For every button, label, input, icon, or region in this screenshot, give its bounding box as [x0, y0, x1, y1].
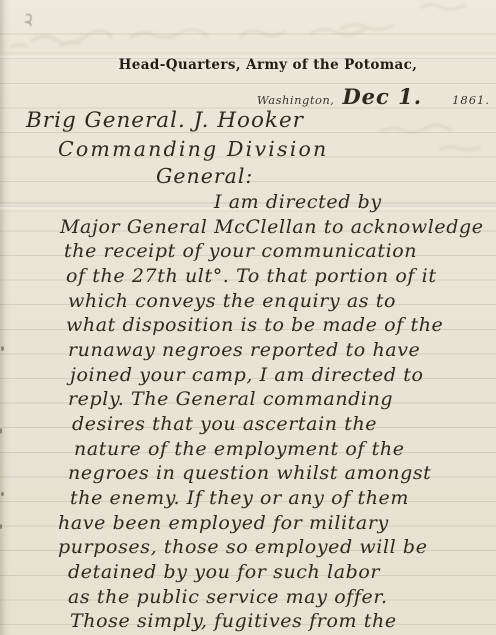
handwritten-line: detained by you for such labor	[56, 560, 494, 585]
ink-speck	[0, 428, 2, 434]
ink-speck	[1, 492, 4, 496]
handwritten-line: as the public service may offer.	[56, 585, 494, 610]
dateline: Washington, Dec 1. 1861.	[257, 84, 490, 109]
handwritten-line: the enemy. If they or any of them	[56, 486, 494, 511]
letterhead-place: Washington,	[257, 93, 335, 107]
recipient-line: Brig General. J. Hooker	[26, 108, 304, 133]
paper-left-edge	[0, 0, 10, 635]
handwritten-line: what disposition is to be made of the	[56, 313, 494, 338]
stray-ink-mark	[18, 12, 38, 30]
handwritten-line: negroes in question whilst amongst	[56, 461, 494, 486]
ink-speck	[1, 346, 4, 351]
letter-body: I am directed by Major General McClellan…	[56, 190, 494, 634]
letter-page: Head-Quarters, Army of the Potomac, Wash…	[0, 0, 496, 635]
salutation: General:	[156, 164, 253, 188]
handwritten-line: joined your camp, I am directed to	[56, 363, 494, 388]
handwritten-line: reply. The General commanding	[56, 387, 494, 412]
recipient-unit-line: Commanding Division	[58, 137, 328, 161]
handwritten-line: have been employed for military	[56, 511, 494, 536]
handwritten-line: runaway negroes reported to have	[56, 338, 494, 363]
handwritten-line: purposes, those so employed will be	[56, 535, 494, 560]
handwritten-line: Major General McClellan to acknowledge	[56, 215, 494, 240]
handwritten-line: the receipt of your communication	[56, 239, 494, 264]
letterhead-title: Head-Quarters, Army of the Potomac,	[20, 57, 496, 73]
handwritten-line: nature of the employment of the	[56, 437, 494, 462]
letterhead-year: 1861.	[452, 93, 490, 107]
handwritten-date: Dec 1.	[342, 84, 422, 109]
handwritten-line: I am directed by	[56, 190, 494, 215]
handwritten-line: Those simply, fugitives from the	[56, 609, 494, 634]
handwritten-line: desires that you ascertain the	[56, 412, 494, 437]
ink-speck	[0, 524, 2, 529]
handwritten-line: which conveys the enquiry as to	[56, 289, 494, 314]
handwritten-line: of the 27th ult°. To that portion of it	[56, 264, 494, 289]
